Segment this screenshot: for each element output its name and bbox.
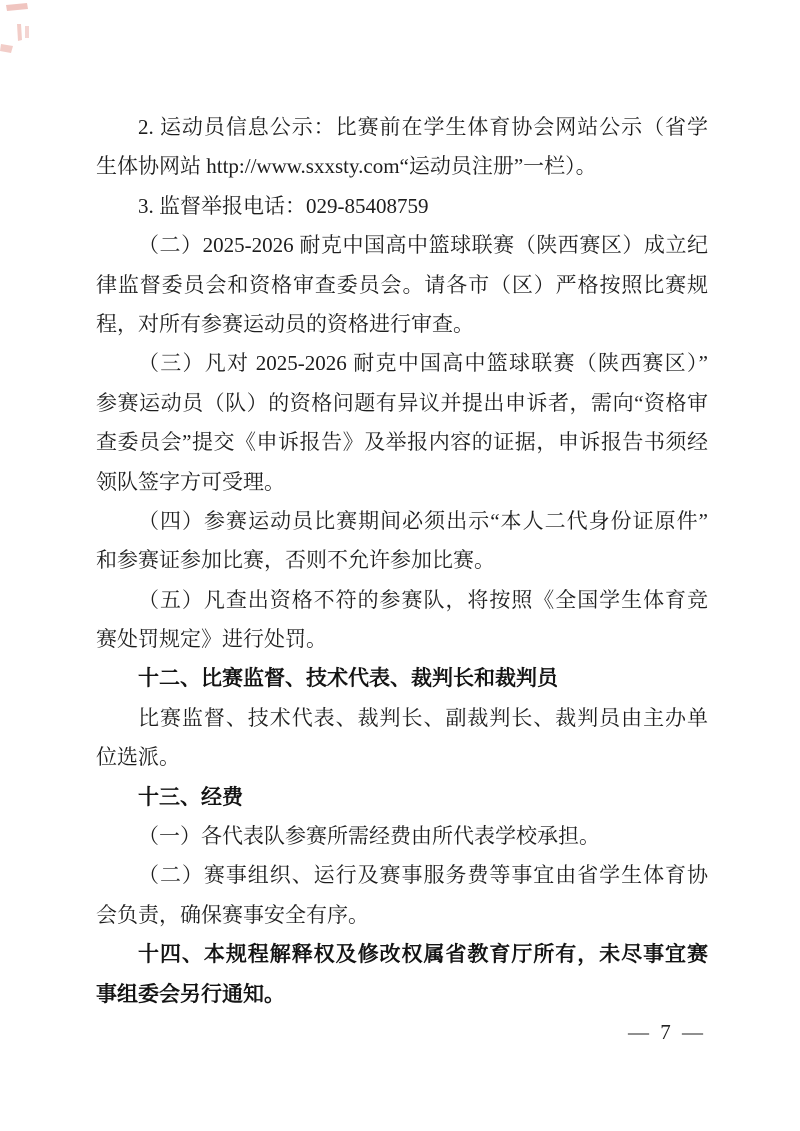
page-number: — 7 — <box>628 1020 706 1045</box>
doc-line-officials-1: 比赛监督、技术代表、裁判长、副裁判长、裁判员由主办单 <box>96 699 708 738</box>
doc-line-item4-1: （四）参赛运动员比赛期间必须出示“本人二代身份证原件” <box>96 502 708 541</box>
doc-line-funds-3: 会负责，确保赛事安全有序。 <box>96 896 708 935</box>
doc-line-interpretation-2: 事组委会另行通知。 <box>96 975 708 1014</box>
doc-line-funds-1: （一）各代表队参赛所需经费由所代表学校承担。 <box>96 817 708 856</box>
doc-line-item5-1: （五）凡查出资格不符的参赛队，将按照《全国学生体育竞 <box>96 581 708 620</box>
doc-line-item3-3: 查委员会”提交《申诉报告》及举报内容的证据，申诉报告书须经 <box>96 423 708 462</box>
document-body: 2. 运动员信息公示：比赛前在学生体育协会网站公示（省学 生体协网站 http:… <box>96 108 708 1014</box>
doc-line-item3-1: （三）凡对 2025-2026 耐克中国高中篮球联赛（陕西赛区）” <box>96 344 708 383</box>
document-page: 2. 运动员信息公示：比赛前在学生体育协会网站公示（省学 生体协网站 http:… <box>0 0 800 1131</box>
section-heading-14: 十四、本规程解释权及修改权属省教育厅所有，未尽事宜赛 <box>96 935 708 974</box>
doc-line-athlete-publicity: 2. 运动员信息公示：比赛前在学生体育协会网站公示（省学 <box>96 108 708 147</box>
doc-line-funds-2: （二）赛事组织、运行及赛事服务费等事宜由省学生体育协 <box>96 856 708 895</box>
doc-line-report-phone: 3. 监督举报电话：029-85408759 <box>96 187 708 226</box>
doc-line-item2-1: （二）2025-2026 耐克中国高中篮球联赛（陕西赛区）成立纪 <box>96 226 708 265</box>
doc-line-item5-2: 赛处罚规定》进行处罚。 <box>96 620 708 659</box>
doc-line-item2-2: 律监督委员会和资格审查委员会。请各市（区）严格按照比赛规 <box>96 266 708 305</box>
doc-line-officials-2: 位选派。 <box>96 738 708 777</box>
section-heading-12: 十二、比赛监督、技术代表、裁判长和裁判员 <box>96 659 708 698</box>
doc-line-item3-2: 参赛运动员（队）的资格问题有异议并提出申诉者，需向“资格审 <box>96 384 708 423</box>
red-seal-fragment-icon <box>0 0 44 68</box>
section-heading-13: 十三、经费 <box>96 778 708 817</box>
doc-line-item4-2: 和参赛证参加比赛，否则不允许参加比赛。 <box>96 541 708 580</box>
doc-line-website-url: 生体协网站 http://www.sxxsty.com“运动员注册”一栏）。 <box>96 147 708 186</box>
doc-line-item2-3: 程，对所有参赛运动员的资格进行审查。 <box>96 305 708 344</box>
doc-line-item3-4: 领队签字方可受理。 <box>96 463 708 502</box>
